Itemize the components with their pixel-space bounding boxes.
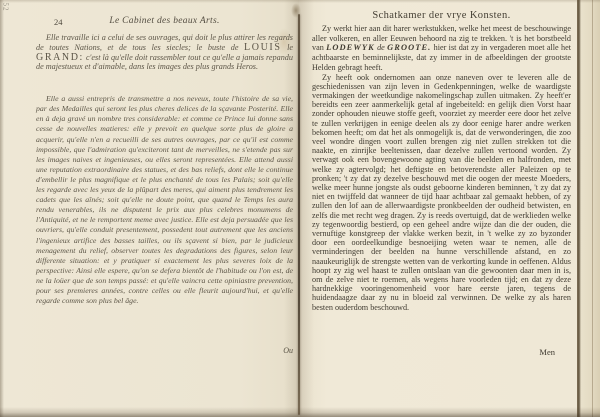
top-edge-shadow (0, 0, 600, 3)
left-para1-connector: le (282, 43, 294, 52)
fore-edge-pages (577, 0, 600, 417)
right-page-text-column: Schatkamer der vrye Konsten. Zy werkt hi… (312, 10, 571, 312)
groote-caps: GROOTE. (387, 43, 431, 52)
left-catchword: Ou (36, 346, 293, 355)
lodewyk-caps: LODEWYK (326, 43, 375, 52)
right-paragraph-2: Zy heeft ook ondernomen aan onze naneven… (312, 73, 571, 312)
louis-caps: LOUIS (244, 42, 281, 53)
right-running-header: Schatkamer der vrye Konsten. (312, 10, 571, 21)
right-para1-connector: de (375, 43, 387, 52)
right-paragraph-1: Zy werkt hier aan dit harer werkstukken,… (312, 24, 571, 73)
left-edge-shadow (0, 0, 4, 417)
left-paragraph-1: Elle travaille ici a celui de ses ouvrag… (36, 33, 293, 72)
left-paragraph-2: Elle a aussi entrepris de transmettre a … (36, 94, 293, 306)
fore-edge-line (592, 0, 593, 417)
bottom-edge-shadow (0, 407, 600, 417)
book-scan: 52 24 Le Cabinet des beaux Arts. Elle tr… (0, 0, 600, 417)
gutter-crease-line (298, 14, 300, 415)
grand-caps: GRAND: (36, 52, 84, 63)
left-page-number: 24 (54, 17, 63, 27)
left-page-text-column: 24 Le Cabinet des beaux Arts. Elle trava… (36, 16, 293, 306)
right-catchword: Men (312, 347, 571, 357)
left-page-header-row: 24 Le Cabinet des beaux Arts. (36, 16, 293, 28)
left-running-header: Le Cabinet des beaux Arts. (36, 16, 293, 26)
